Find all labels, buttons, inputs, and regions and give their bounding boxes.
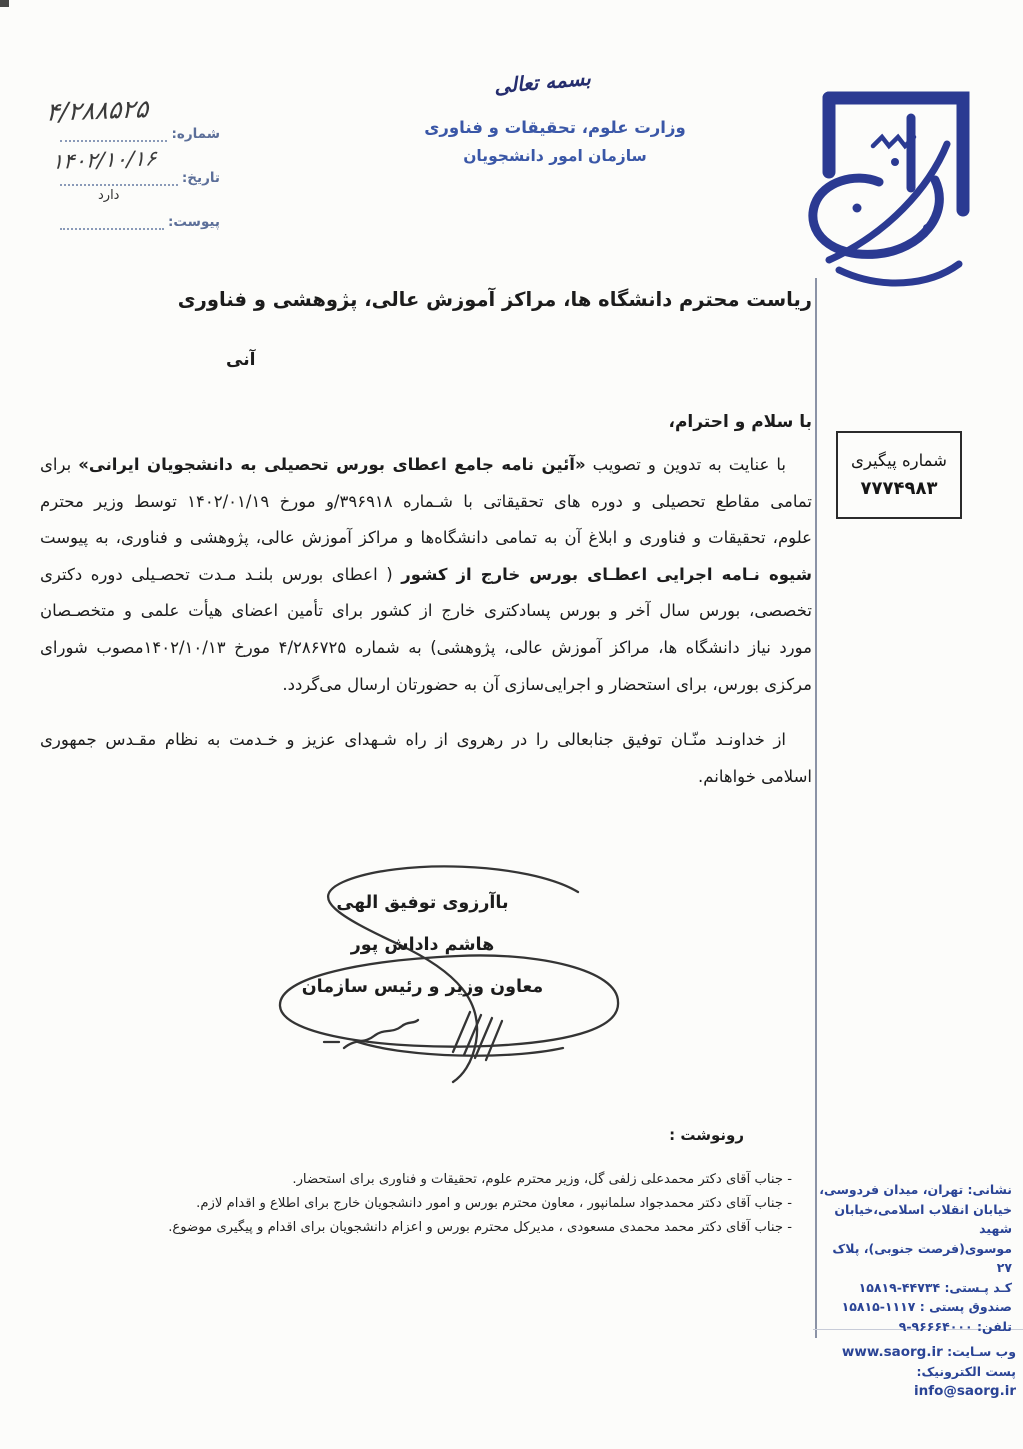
- body-paragraph-2: از خداونـد منّـان توفیق جنابعالی را در ر…: [40, 722, 812, 795]
- body-line: تخصصی، بورس سال آخر و بورس پسادکتری خارج…: [40, 593, 812, 630]
- po-box-value: ۱۵۸۱۵-۱۱۱۷: [842, 1297, 916, 1317]
- body-line: مورد نیاز دانشگاه ها، مراکز آموزش عالی، …: [40, 630, 812, 667]
- signer-name: هاشم داداش پور: [250, 924, 595, 966]
- body-line: اسلامی خواهانم.: [40, 759, 812, 796]
- body-paragraph-1: با عنایت به تدوین و تصویب «آئین نامه جام…: [40, 447, 812, 703]
- meta-date-row: تاریخ: ۱۴۰۲/۱۰/۱۶: [58, 156, 220, 186]
- postal-code-value: ۱۵۸۱۹-۴۴۷۳۴: [859, 1278, 940, 1298]
- address-line: خیابان انقلاب اسلامی،خیابان شهید: [816, 1200, 1012, 1239]
- address-line: نشانی: تهران، میدان فردوسی،: [816, 1180, 1012, 1200]
- cc-item: - جناب آقای دکتر محمد محمدی مسعودی ، مدی…: [40, 1216, 792, 1240]
- website-url: www.saorg.ir: [842, 1343, 943, 1362]
- salutation-line: با سلام و احترام،: [40, 412, 812, 432]
- signature-blessing: باآرزوی توفیق الهی: [250, 882, 595, 924]
- signature-block: باآرزوی توفیق الهی هاشم داداش پور معاون …: [250, 882, 595, 1008]
- address-line: موسوی(فرصت جنوبی)، پلاک ۲۷: [816, 1239, 1012, 1278]
- scanned-letter-page: شماره: ۴/۲۸۸۵۲۵ تاریخ: ۱۴۰۲/۱۰/۱۶ پیوست:…: [0, 0, 1023, 1449]
- scan-corner-artifact: [0, 0, 9, 7]
- dotted-leader: [60, 216, 164, 230]
- dotted-leader: [60, 128, 167, 142]
- cc-list: - جناب آقای دکتر محمدعلی زلفی گل، وزیر م…: [40, 1168, 792, 1240]
- vertical-divider: [815, 278, 817, 1338]
- tracking-label: شماره پیگیری: [851, 451, 947, 470]
- phone-line: تلفن: ۹-۹۶۶۶۴۰۰۰: [816, 1317, 1012, 1337]
- body-line: علوم، تحقیقات و فناوری و ابلاغ آن به تما…: [40, 520, 812, 557]
- organization-logo-icon: [795, 88, 995, 303]
- document-number-handwritten: ۴/۲۸۸۵۲۵: [45, 94, 149, 127]
- tracking-number-box: شماره پیگیری ۷۷۷۴۹۸۳: [836, 431, 962, 519]
- meta-attachment-row: پیوست: دارد: [58, 200, 220, 230]
- cc-item: - جناب آقای دکتر محمدعلی زلفی گل، وزیر م…: [40, 1168, 792, 1192]
- attachment-value: دارد: [98, 188, 119, 203]
- body-line: تمامی مقاطع تحصیلی و دوره های تحقیقاتی ب…: [40, 484, 812, 521]
- recipient-line: ریاست محترم دانشگاه ها، مراکز آموزش عالی…: [40, 288, 812, 311]
- attachment-label: پیوست:: [168, 214, 220, 230]
- po-box-line: صندوق پستی : ۱۵۸۱۵-۱۱۱۷: [816, 1297, 1012, 1317]
- letterhead: بسمه تعالی وزارت علوم، تحقیقات و فناوری …: [385, 70, 725, 165]
- email-address: info@saorg.ir: [914, 1382, 1016, 1401]
- dotted-leader: [60, 172, 178, 186]
- cc-label: رونوشت :: [640, 1126, 744, 1144]
- cc-item: - جناب آقای دکتر محمدجواد سلمانپور ، معا…: [40, 1192, 792, 1216]
- organization-name: سازمان امور دانشجویان: [385, 147, 725, 165]
- document-meta: شماره: ۴/۲۸۸۵۲۵ تاریخ: ۱۴۰۲/۱۰/۱۶ پیوست:…: [58, 112, 220, 244]
- number-label: شماره:: [171, 126, 220, 142]
- email-line: پست الکترونیک: info@saorg.ir: [816, 1362, 1016, 1401]
- date-label: تاریخ:: [182, 170, 220, 186]
- body-line: شیوه نـامه اجرایی اعطـای بورس خارج از کش…: [40, 557, 812, 594]
- body-line: مرکزی بورس، برای استحضار و اجرایی‌سازی آ…: [40, 667, 812, 704]
- signer-title: معاون وزیر و رئیس سازمان: [250, 966, 595, 1008]
- postal-code-line: کـد پـستی: ۱۵۸۱۹-۴۴۷۳۴: [816, 1278, 1012, 1298]
- body-line: با عنایت به تدوین و تصویب «آئین نامه جام…: [40, 447, 812, 484]
- phone-value: ۹-۹۶۶۶۴۰۰۰: [899, 1317, 973, 1337]
- footer-web-block: وب سـایت: www.saorg.ir پست الکترونیک: in…: [816, 1342, 1016, 1401]
- website-line: وب سـایت: www.saorg.ir: [816, 1342, 1016, 1362]
- urgency-marker: آنی: [226, 350, 255, 370]
- document-date-handwritten: ۱۴۰۲/۱۰/۱۶: [51, 146, 157, 174]
- body-line: از خداونـد منّـان توفیق جنابعالی را در ر…: [40, 722, 812, 759]
- footer-address-block: نشانی: تهران، میدان فردوسی، خیابان انقلا…: [816, 1180, 1012, 1336]
- tracking-value: ۷۷۷۴۹۸۳: [861, 478, 938, 499]
- meta-number-row: شماره: ۴/۲۸۸۵۲۵: [58, 112, 220, 142]
- ministry-name: وزارت علوم، تحقیقات و فناوری: [385, 118, 725, 137]
- besmele-calligraphy: بسمه تعالی: [385, 70, 725, 94]
